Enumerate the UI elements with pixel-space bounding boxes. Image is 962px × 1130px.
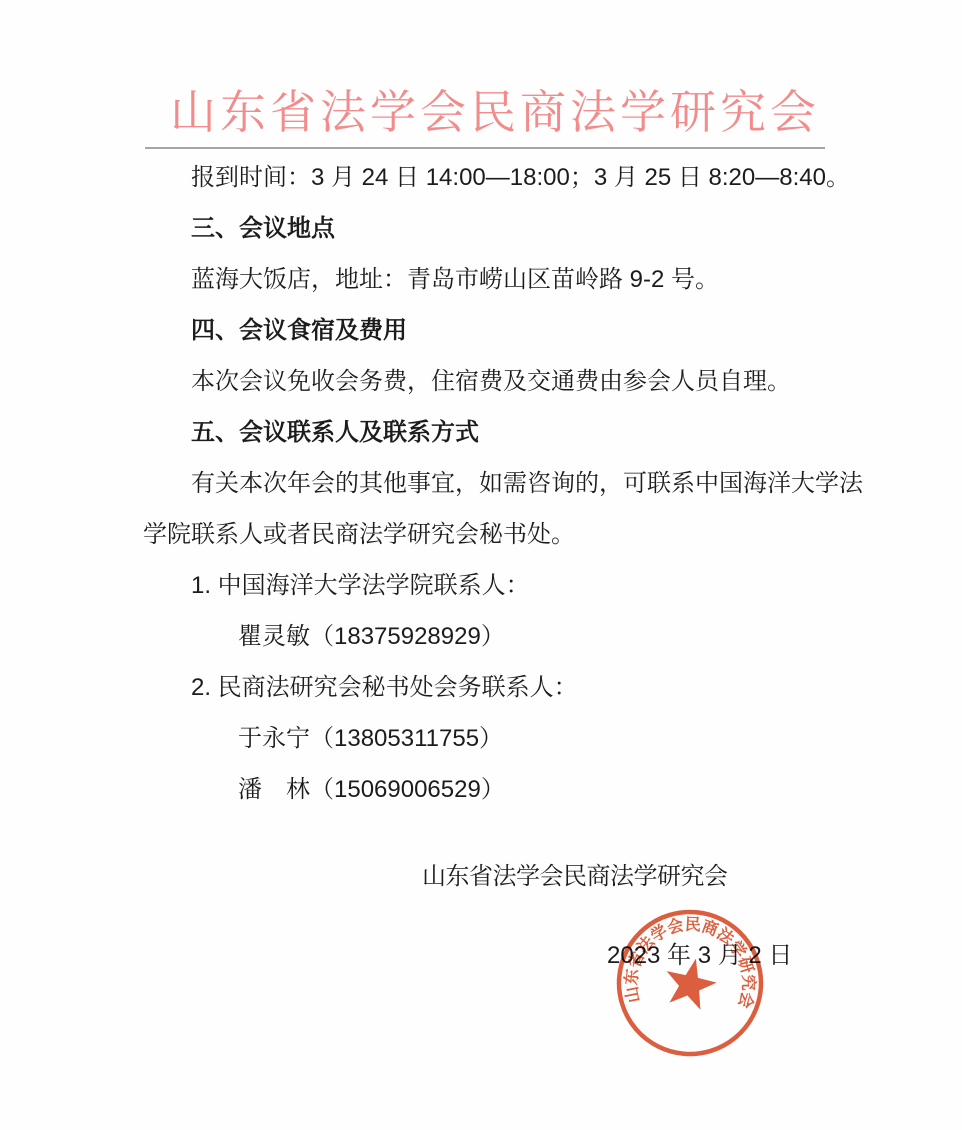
contact-list-item-1: 1. 中国海洋大学法学院联系人： [143,560,853,611]
venue-address-line: 蓝海大饭店，地址：青岛市崂山区苗岭路 9-2 号。 [143,254,853,305]
section-heading-fees: 四、会议食宿及费用 [143,305,853,356]
title-divider-line [145,147,825,149]
contact-phone-qu-lingmin: 瞿灵敏（18375928929） [143,611,853,662]
section-heading-venue: 三、会议地点 [143,203,853,254]
document-page: 山东省法学会民商法学研究会 报到时间：3 月 24 日 14:00—18:00；… [0,0,962,1130]
document-title: 山东省法学会民商法学研究会 [14,76,962,142]
signature-organization: 山东省法学会民商法学研究会 [422,864,728,890]
fees-line: 本次会议免收会务费，住宿费及交通费由参会人员自理。 [143,356,853,407]
registration-time-line: 报到时间：3 月 24 日 14:00—18:00；3 月 25 日 8:20—… [143,152,853,203]
official-seal: 山东省法学会民商法学研究会 [605,898,774,1067]
contact-list-item-2: 2. 民商法研究会秘书处会务联系人： [143,662,853,713]
contact-phone-pan-lin: 潘 林（15069006529） [143,764,853,815]
contacts-intro-line-2: 学院联系人或者民商法学研究会秘书处。 [143,509,853,560]
contacts-intro-line-1: 有关本次年会的其他事宜，如需咨询的，可联系中国海洋大学法 [143,458,853,509]
section-heading-contacts: 五、会议联系人及联系方式 [143,407,853,458]
star-icon [660,953,721,1012]
contact-phone-yu-yongning: 于永宁（13805311755） [143,713,853,764]
document-body: 报到时间：3 月 24 日 14:00—18:00；3 月 25 日 8:20—… [143,152,853,815]
